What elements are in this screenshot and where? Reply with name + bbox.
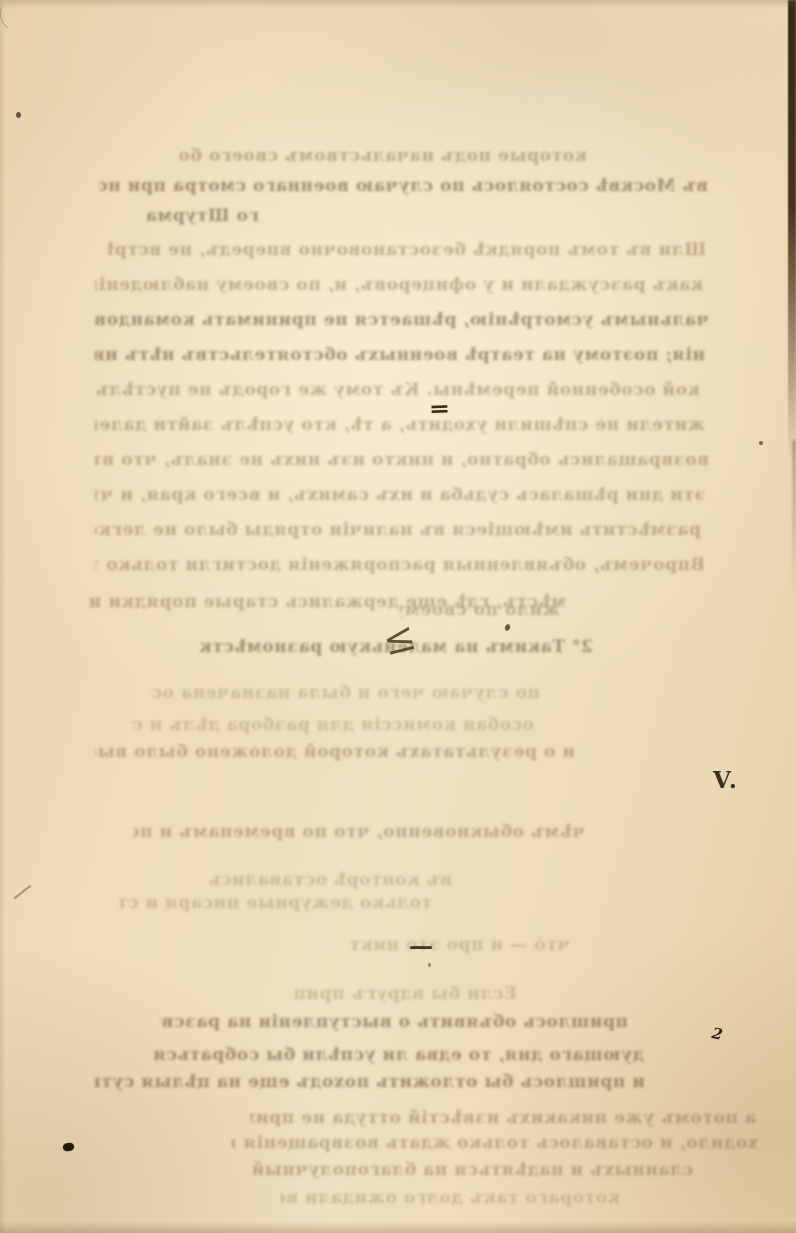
ink-fleck	[16, 112, 21, 118]
bleedthrough-line: которые подъ начальствомъ своего боярина…	[180, 146, 587, 169]
bleedthrough-line: жители не спѣшили уходить, а тѣ, кто усп…	[95, 415, 705, 438]
bleedthrough-line: го Штурмана и всѣхъ прочихъ чиновъ	[147, 206, 259, 229]
dash-mark: —	[409, 931, 433, 960]
scratch-mark	[14, 885, 32, 900]
ink-blob	[62, 1142, 74, 1151]
bleedthrough-line: котораго такъ долго ожидали всѣ безъ иск…	[280, 1188, 620, 1211]
bleedthrough-line: особая комиссія для разбора дѣлъ и счето…	[130, 715, 534, 738]
bleedthrough-line: а потомъ уже никакихъ извѣстій оттуда не…	[250, 1108, 756, 1131]
ink-fleck	[428, 963, 431, 967]
bleedthrough-line: чѣмъ обыкновенно, что по временамъ и по …	[133, 822, 585, 845]
bleedthrough-line: нія; поэтому на театрѣ военныхъ обстояте…	[95, 345, 705, 368]
bleedthrough-line: Впрочемъ, объявленныя распоряженія дости…	[95, 555, 705, 578]
vignette-bottom	[0, 1221, 796, 1233]
bleedthrough-line: только дежурные писаря и сторожа при них…	[120, 893, 432, 916]
scanned-book-page: которые подъ начальствомъ своего боярина…	[0, 0, 796, 1233]
bleedthrough-line: чальнымъ усмотрѣнію, рѣшается не принима…	[95, 310, 709, 333]
vignette-left	[0, 0, 6, 1233]
bleedthrough-line: размѣстить имѣющіеся въ наличіи отряды б…	[95, 520, 701, 543]
bleedthrough-line: что́ — и про это никто не зналъ тогда	[348, 935, 570, 958]
bleedthrough-line: пришлось объявить о выступленіи на разсв…	[160, 1012, 628, 1035]
page-edge-shadow-right	[788, 0, 796, 460]
bleedthrough-line: Если бы вдругъ пришлось объявить о поход…	[295, 984, 517, 1007]
vignette-top	[0, 0, 796, 9]
bleedthrough-line: сланныхъ и надѣяться на благополучный ис…	[253, 1160, 693, 1183]
bleedthrough-line: и о результатахъ которой доложено было в…	[95, 742, 575, 765]
bleedthrough-line: возвращались обратно, и никто изъ нихъ н…	[95, 450, 709, 473]
ink-fleck	[759, 441, 763, 445]
bleedthrough-line: Шли въ томъ порядкѣ безостановочно впере…	[108, 240, 706, 263]
bleedthrough-line: кой особенной перемѣны. Къ тому же город…	[95, 380, 700, 403]
bleedthrough-line: дующаго дня, то едва ли успѣли бы собрат…	[150, 1045, 644, 1068]
bleedthrough-line: ходило, и оставалось только ждать возвра…	[232, 1133, 758, 1156]
bleedthrough-line: эти дни рѣшалась судьба и ихъ самихъ, и …	[95, 485, 705, 508]
bleedthrough-line: по случаю чего и была назначена особая п…	[150, 683, 540, 706]
bleedthrough-line: въ Москвѣ состоялось по случаю военнаго …	[100, 176, 708, 199]
section-heading-v: V.	[713, 767, 739, 794]
equals-mark: =	[429, 396, 450, 421]
bleedthrough-line: въ конторѣ оставались лишь дежурные писа…	[200, 870, 452, 893]
figure-2-mark: 2	[710, 1024, 724, 1044]
bleedthrough-line: жило по своему обычаю и къ новизнѣ не тя…	[400, 600, 560, 623]
ink-fleck	[504, 623, 511, 631]
bleedthrough-line: какъ разсуждали и у офицеровъ, и, по сво…	[95, 275, 703, 298]
bleedthrough-line: и пришлось бы отложить походъ еще на цѣл…	[95, 1072, 645, 1095]
page-edge-shadow-right-lower	[792, 440, 796, 610]
